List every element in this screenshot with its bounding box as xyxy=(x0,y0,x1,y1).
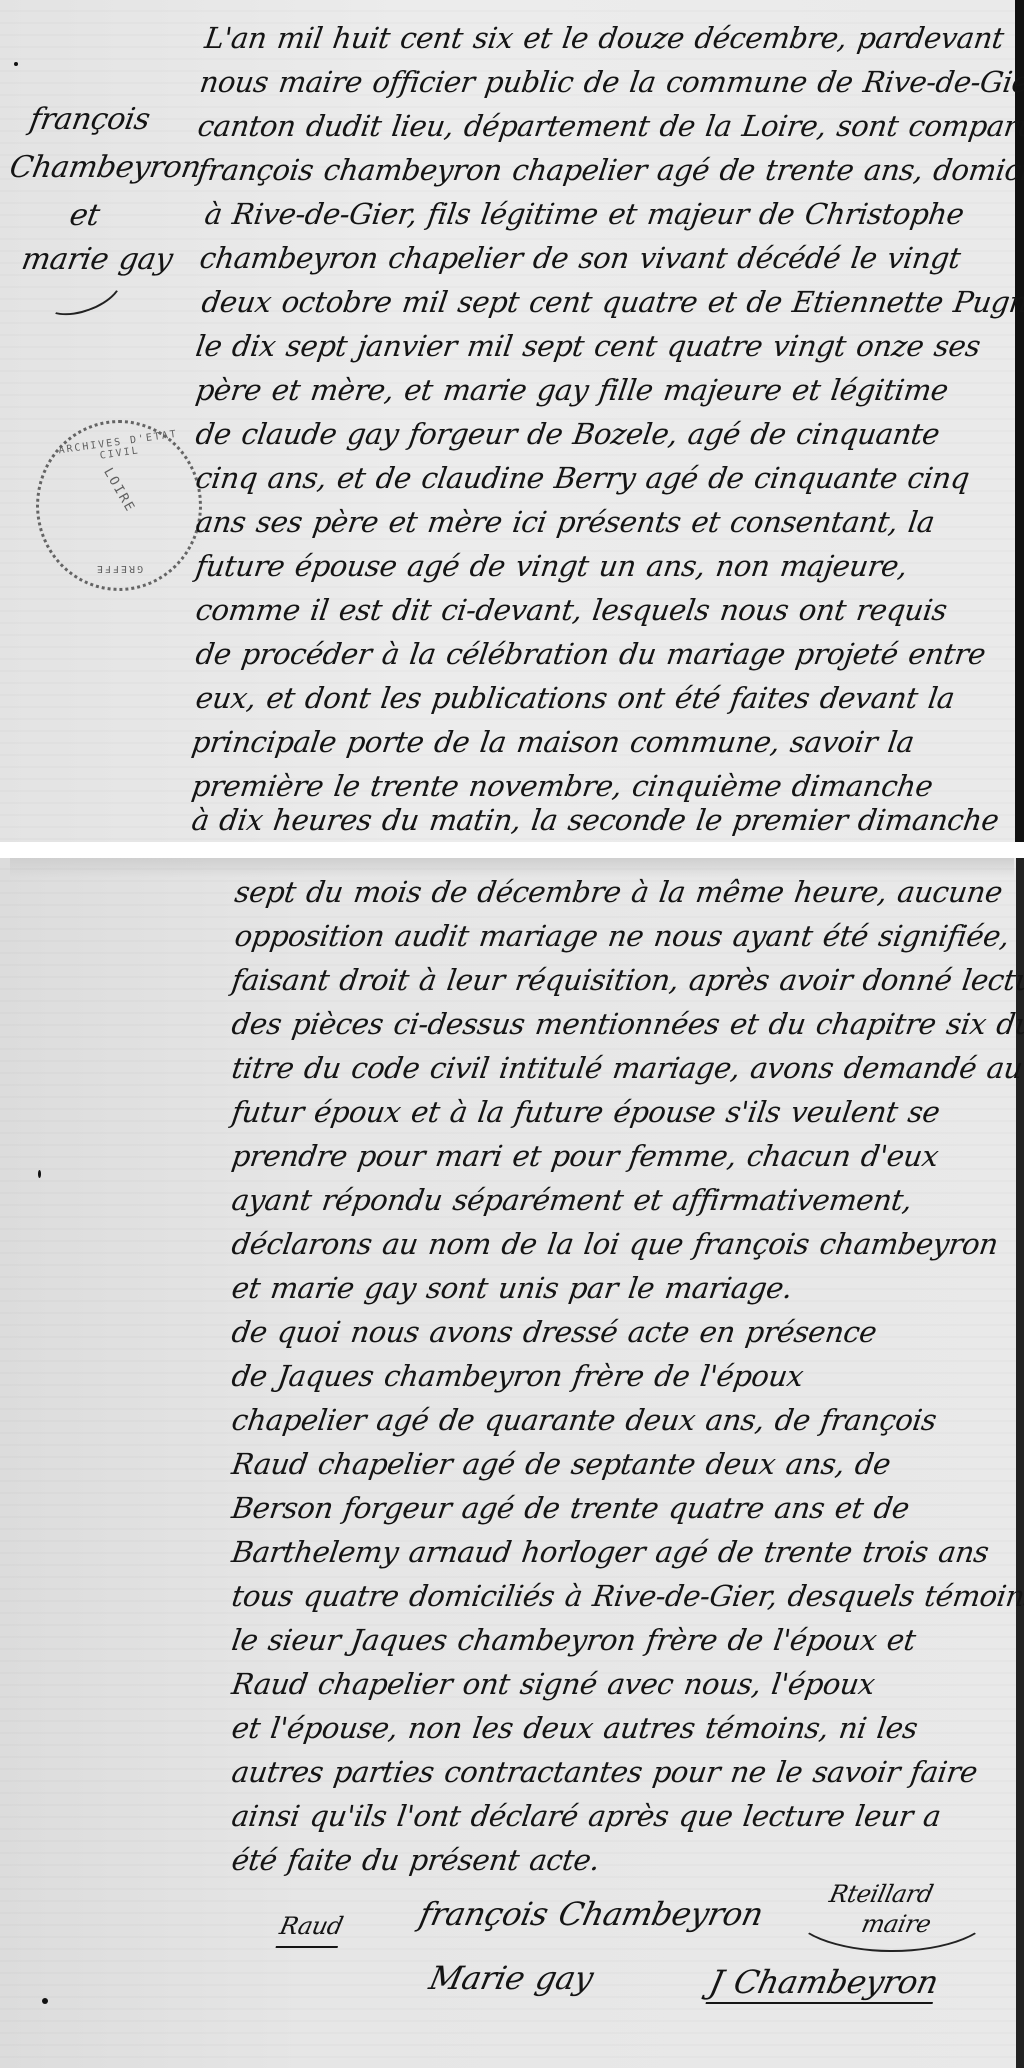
record-line: sept du mois de décembre à la même heure… xyxy=(232,872,1005,912)
record-line: et marie gay sont unis par le mariage. xyxy=(229,1268,795,1308)
margin-conjunction: et xyxy=(66,196,102,236)
record-line: des pièces ci-dessus mentionnées et du c… xyxy=(229,1004,1024,1044)
archive-stamp: ARCHIVES D'ETAT CIVIL LOIRE GREFFE xyxy=(36,420,202,591)
record-line: Berson forgeur agé de trente quatre ans … xyxy=(229,1488,912,1528)
ink-dot xyxy=(14,62,18,66)
margin-groom-surname: Chambeyron xyxy=(6,148,203,188)
record-line: deux octobre mil sept cent quatre et de … xyxy=(199,282,1024,322)
record-line: eux, et dont les publications ont été fa… xyxy=(193,678,957,718)
page-fragment-top: françois Chambeyron et marie gay ARCHIVE… xyxy=(0,0,1024,842)
record-line: Barthelemy arnaud horloger agé de trente… xyxy=(229,1532,991,1572)
record-line: ans ses père et mère ici présents et con… xyxy=(193,502,937,542)
record-line: prendre pour mari et pour femme, chacun … xyxy=(229,1136,941,1176)
record-line: ayant répondu séparément et affirmativem… xyxy=(229,1180,914,1220)
signature-witness-raud: Raud xyxy=(276,1906,347,1948)
record-line: le dix sept janvier mil sept cent quatre… xyxy=(193,326,983,366)
record-line: été faite du présent acte. xyxy=(229,1840,602,1880)
record-line: comme il est dit ci-devant, lesquels nou… xyxy=(193,590,949,630)
signature-bride: Marie gay xyxy=(426,1958,597,1998)
signature-brother: J Chambeyron xyxy=(706,1962,942,2004)
record-line: de quoi nous avons dressé acte en présen… xyxy=(229,1312,879,1352)
record-line: titre du code civil intitulé mariage, av… xyxy=(229,1048,1024,1088)
record-line: de Jaques chambeyron frère de l'époux xyxy=(229,1356,806,1396)
record-line: Raud chapelier ont signé avec nous, l'ép… xyxy=(229,1664,877,1704)
page-fragment-bottom: sept du mois de décembre à la même heure… xyxy=(0,858,1024,2068)
record-line: principale porte de la maison commune, s… xyxy=(189,722,916,762)
record-line: déclarons au nom de la loi que françois … xyxy=(229,1224,1000,1264)
ink-dot xyxy=(42,1998,48,2004)
mayor-signature-flourish xyxy=(790,1868,994,1952)
record-line: le sieur Jaques chambeyron frère de l'ép… xyxy=(229,1620,918,1660)
record-line: L'an mil huit cent six et le douze décem… xyxy=(202,18,1006,58)
record-line: père et mère, et marie gay fille majeure… xyxy=(193,370,950,410)
stamp-top-text: ARCHIVES D'ETAT CIVIL xyxy=(38,426,200,470)
record-line: françois chambeyron chapelier agé de tre… xyxy=(195,150,1024,190)
record-line: nous maire officier public de la commune… xyxy=(197,62,1024,102)
record-line: canton dudit lieu, département de la Loi… xyxy=(195,106,1024,146)
ink-mark xyxy=(38,1170,41,1178)
record-line: de procéder à la célébration du mariage … xyxy=(193,634,988,674)
record-line: Raud chapelier agé de septante deux ans,… xyxy=(229,1444,893,1484)
record-line: et l'épouse, non les deux autres témoins… xyxy=(229,1708,920,1748)
record-line: faisant droit à leur réquisition, après … xyxy=(229,960,1024,1000)
stamp-bottom-text: GREFFE xyxy=(39,563,199,574)
record-line: cinq ans, et de claudine Berry agé de ci… xyxy=(193,458,972,498)
signature-groom: françois Chambeyron xyxy=(416,1894,767,1934)
record-line: chambeyron chapelier de son vivant décéd… xyxy=(197,238,963,278)
record-line: futur époux et à la future épouse s'ils … xyxy=(229,1092,942,1132)
record-line: chapelier agé de quarante deux ans, de f… xyxy=(229,1400,939,1440)
record-line: tous quatre domiciliés à Rive-de-Gier, d… xyxy=(229,1576,1024,1616)
record-line: future épouse agé de vingt un ans, non m… xyxy=(193,546,910,586)
record-line: de claude gay forgeur de Bozele, agé de … xyxy=(193,414,942,454)
record-line: ainsi qu'ils l'ont déclaré après que lec… xyxy=(229,1796,943,1836)
margin-groom-first-name: françois xyxy=(26,100,152,140)
record-line: à dix heures du matin, la seconde le pre… xyxy=(189,800,1001,840)
record-line: autres parties contractantes pour ne le … xyxy=(229,1752,980,1792)
record-line: opposition audit mariage ne nous ayant é… xyxy=(232,916,1012,956)
record-line: à Rive-de-Gier, fils légitime et majeur … xyxy=(202,194,966,234)
